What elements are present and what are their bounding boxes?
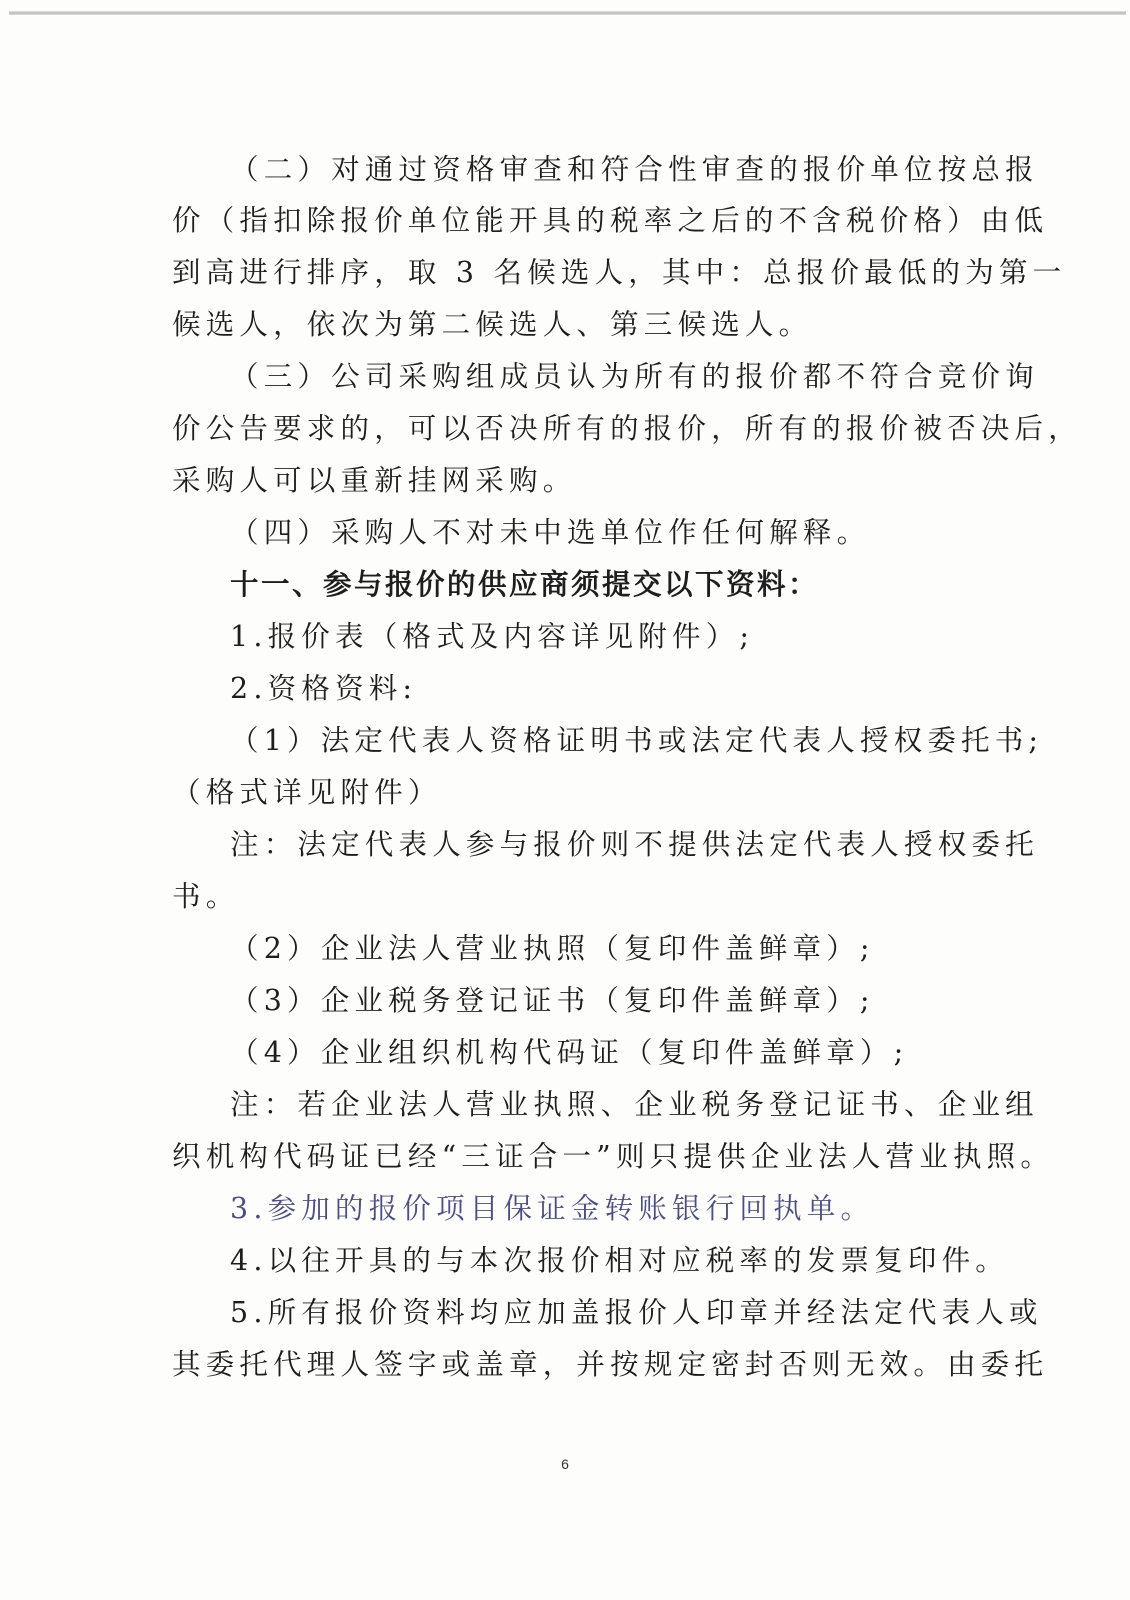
item-3-deposit-receipt: 3.参加的报价项目保证金转账银行回执单。 [230,1191,874,1227]
item-1-quote-form: 1.报价表（格式及内容详见附件）; [230,619,754,655]
note-2-line-2: 织机构代码证已经“三证合一”则只提供企业法人营业执照。 [172,1139,1054,1175]
clause-3-line-2: 价公告要求的，可以否决所有的报价，所有的报价被否决后， [172,411,1082,447]
clause-2-line-1: （二）对通过资格审查和符合性审查的报价单位按总报 [230,152,1039,188]
subitem-2: （2）企业法人营业执照（复印件盖鲜章）; [230,931,875,967]
subitem-3: （3）企业税务登记证书（复印件盖鲜章）; [230,983,875,1019]
subitem-4: （4）企业组织机构代码证（复印件盖鲜章）; [230,1035,908,1071]
page-number: 6 [0,1456,1130,1472]
subitem-1-line-2: （格式详见附件） [172,775,442,811]
clause-3-line-1: （三）公司采购组成员认为所有的报价都不符合竞价询 [230,359,1039,395]
item-4-invoice-copy: 4.以往开具的与本次报价相对应税率的发票复印件。 [230,1243,1009,1279]
section-11-heading: 十一、参与报价的供应商须提交以下资料： [230,567,819,603]
item-2-qualification: 2.资格资料: [230,671,417,707]
note-1-line-2: 书。 [172,879,239,915]
clause-2-line-3: 到高进行排序，取 3 名候选人，其中：总报价最低的为第一 [172,255,1066,291]
item-5-line-1: 5.所有报价资料均应加盖报价人印章并经法定代表人或 [230,1295,1043,1331]
clause-3-line-3: 采购人可以重新挂网采购。 [172,463,576,499]
scan-top-edge [9,11,1126,15]
clause-2-line-4: 候选人，依次为第二候选人、第三候选人。 [172,307,812,343]
clause-4: （四）采购人不对未中选单位作任何解释。 [230,515,870,551]
item-5-line-2: 其委托代理人签字或盖章，并按规定密封否则无效。由委托 [172,1347,1048,1383]
clause-2-line-2: 价（指扣除报价单位能开具的税率之后的不含税价格）由低 [172,203,1048,239]
note-2-line-1: 注：若企业法人营业执照、企业税务登记证书、企业组 [230,1087,1039,1123]
subitem-1-line-1: （1）法定代表人资格证明书或法定代表人授权委托书; [230,723,1043,759]
note-1-line-1: 注：法定代表人参与报价则不提供法定代表人授权委托 [230,827,1039,863]
